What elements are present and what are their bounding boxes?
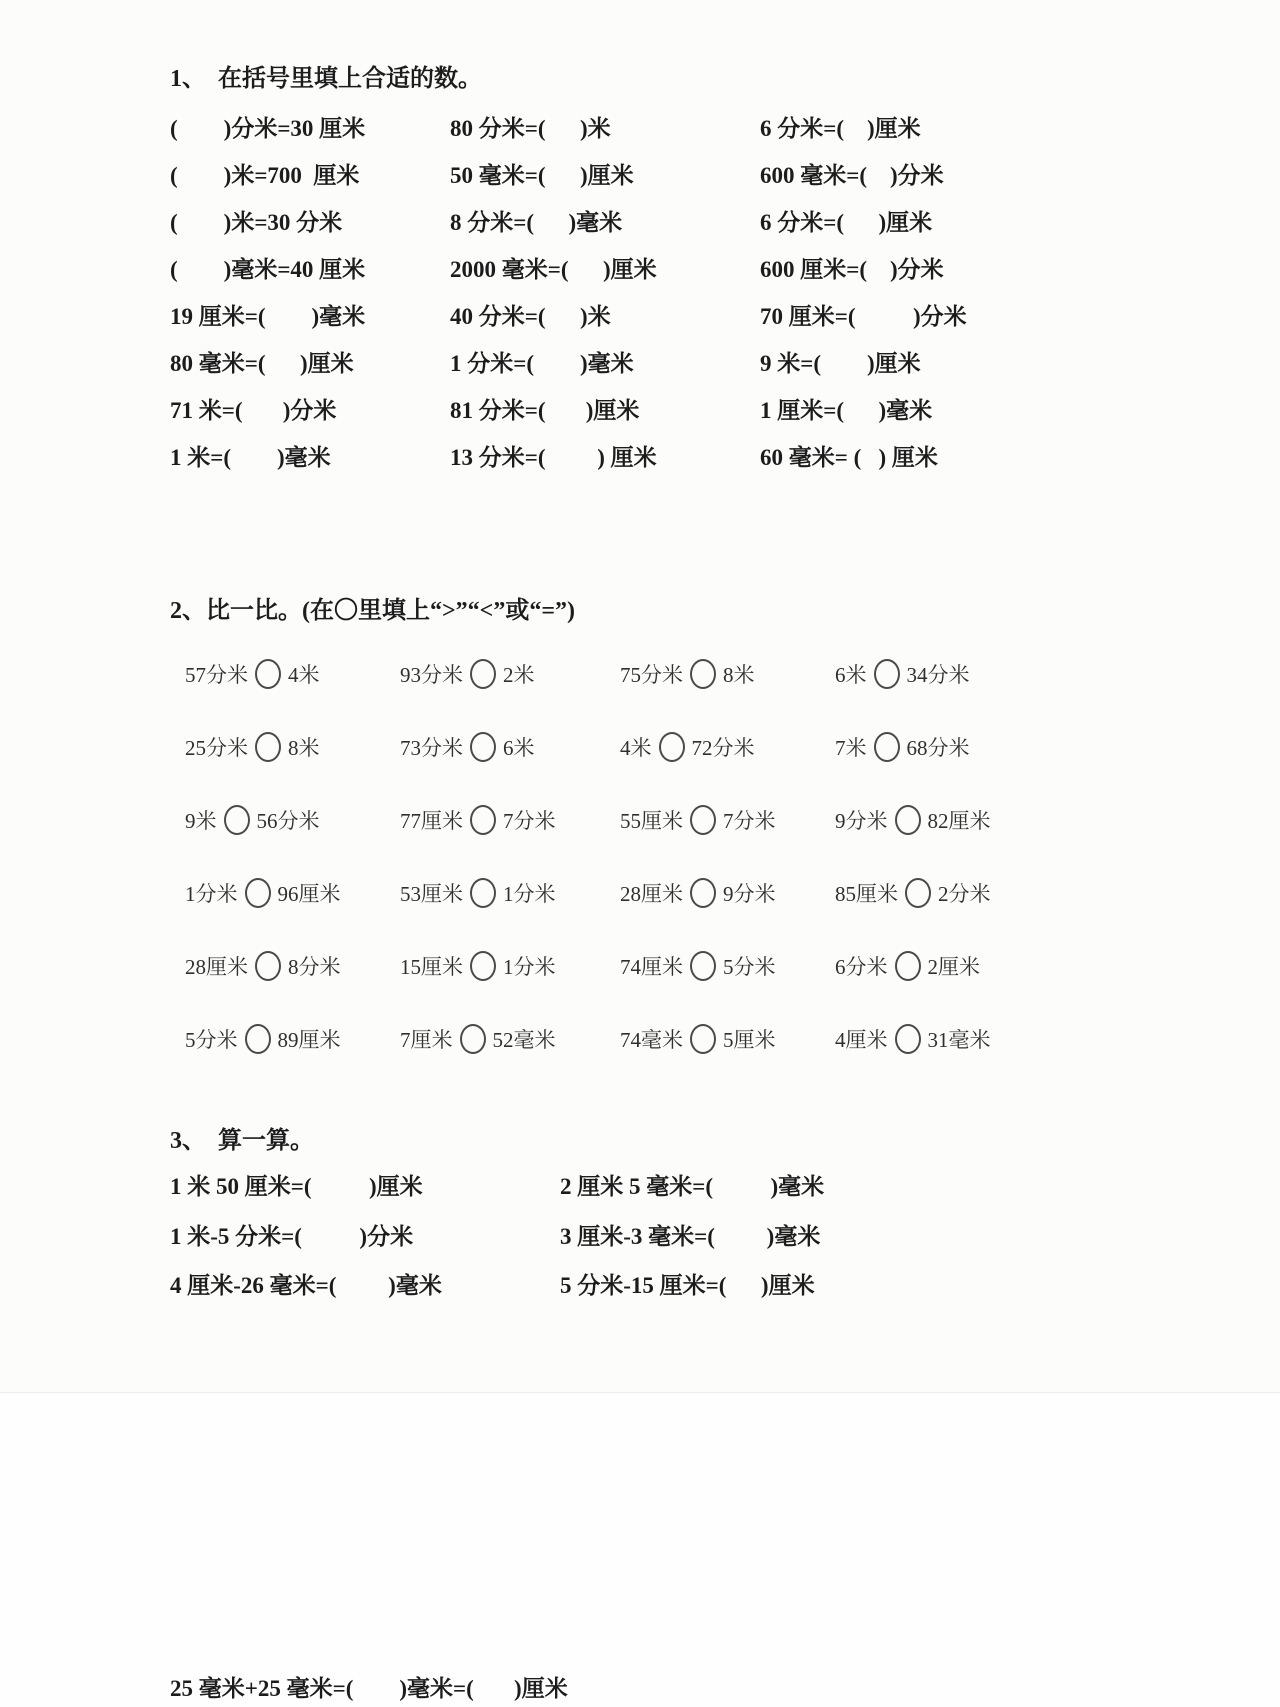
fill-blank-item: 81 分米=( )厘米 <box>450 392 760 425</box>
section-1-items: ( )分米=30 厘米 80 分米=( )米 6 分米=( )厘米 ( )米=7… <box>170 103 1080 479</box>
fill-blank-item: 80 分米=( )米 <box>450 110 760 143</box>
section-3-heading: 3、 算一算。 <box>170 1120 314 1155</box>
comparison-right-value: 8分米 <box>288 955 341 979</box>
fill-blank-item: 50 毫米=( )厘米 <box>450 157 760 190</box>
comparison-left-value: 4厘米 <box>835 1028 888 1052</box>
comparison-left-value: 4米 <box>620 736 652 760</box>
section-3-items: 1 米 50 厘米=( )厘米 2 厘米 5 毫米=( )毫米 1 米-5 分米… <box>170 1160 1000 1309</box>
worksheet-page: 1、 在括号里填上合适的数。 ( )分米=30 厘米 80 分米=( )米 6 … <box>0 0 1280 1707</box>
comparison-item: 74毫米5厘米 <box>620 1024 835 1054</box>
comparison-circle <box>659 732 685 762</box>
comparison-right-value: 89厘米 <box>278 1028 341 1052</box>
comparison-right-value: 9分米 <box>723 882 776 906</box>
comparison-left-value: 85厘米 <box>835 882 898 906</box>
calc-item: 1 米 50 厘米=( )厘米 <box>170 1168 560 1201</box>
comparison-circle <box>690 659 716 689</box>
fill-blank-item: 40 分米=( )米 <box>450 298 760 331</box>
comparison-right-value: 2厘米 <box>928 955 981 979</box>
comparison-circle <box>874 659 900 689</box>
comparison-right-value: 5分米 <box>723 955 776 979</box>
comparison-right-value: 4米 <box>288 663 320 687</box>
comparison-left-value: 9分米 <box>835 809 888 833</box>
comparison-circle <box>255 659 281 689</box>
comparison-circle <box>470 805 496 835</box>
comparison-circle <box>895 805 921 835</box>
calc-item: 4 厘米-26 毫米=( )毫米 <box>170 1267 560 1300</box>
comparison-circle <box>690 805 716 835</box>
fill-blank-item: 1 米=( )毫米 <box>170 439 450 472</box>
comparison-left-value: 7厘米 <box>400 1028 453 1052</box>
comparison-item: 93分米2米 <box>400 659 620 689</box>
fill-blank-item: 6 分米=( )厘米 <box>760 204 1080 237</box>
comparison-item: 25分米8米 <box>185 732 400 762</box>
comparison-left-value: 28厘米 <box>185 955 248 979</box>
comparison-item: 77厘米7分米 <box>400 805 620 835</box>
fill-blank-item: 71 米=( )分米 <box>170 392 450 425</box>
fill-blank-item: ( )分米=30 厘米 <box>170 110 450 143</box>
comparison-left-value: 6分米 <box>835 955 888 979</box>
comparison-circle <box>255 951 281 981</box>
page-divider <box>0 1392 1280 1393</box>
continuation-calc-item: 25 毫米+25 毫米=( )毫米=( )厘米 <box>170 1670 568 1703</box>
comparison-left-value: 5分米 <box>185 1028 238 1052</box>
fill-blank-item: ( )毫米=40 厘米 <box>170 251 450 284</box>
comparison-circle <box>245 1024 271 1054</box>
section-2-items: 57分米4米 93分米2米 75分米8米 6米34分米 25分米8米 73分米6… <box>185 637 1085 1075</box>
comparison-left-value: 93分米 <box>400 663 463 687</box>
comparison-left-value: 75分米 <box>620 663 683 687</box>
comparison-circle <box>690 878 716 908</box>
comparison-item: 7厘米52毫米 <box>400 1024 620 1054</box>
fill-blank-item: 70 厘米=( )分米 <box>760 298 1080 331</box>
comparison-item: 15厘米1分米 <box>400 951 620 981</box>
comparison-circle <box>905 878 931 908</box>
comparison-item: 4厘米31毫米 <box>835 1024 1085 1054</box>
comparison-right-value: 1分米 <box>503 955 556 979</box>
comparison-left-value: 7米 <box>835 736 867 760</box>
comparison-item: 55厘米7分米 <box>620 805 835 835</box>
comparison-right-value: 7分米 <box>503 809 556 833</box>
comparison-circle <box>460 1024 486 1054</box>
comparison-left-value: 57分米 <box>185 663 248 687</box>
comparison-right-value: 82厘米 <box>928 809 991 833</box>
comparison-circle <box>245 878 271 908</box>
comparison-right-value: 8米 <box>288 736 320 760</box>
comparison-circle <box>470 732 496 762</box>
comparison-right-value: 5厘米 <box>723 1028 776 1052</box>
fill-blank-item: 2000 毫米=( )厘米 <box>450 251 760 284</box>
section-1-heading: 1、 在括号里填上合适的数。 <box>170 58 482 93</box>
comparison-circle <box>874 732 900 762</box>
comparison-item: 75分米8米 <box>620 659 835 689</box>
fill-blank-item: 600 毫米=( )分米 <box>760 157 1080 190</box>
fill-blank-item: 60 毫米= ( ) 厘米 <box>760 439 1080 472</box>
comparison-right-value: 96厘米 <box>278 882 341 906</box>
section-2-heading: 2、比一比。(在〇里填上“>”“<”或“=”) <box>170 590 575 625</box>
comparison-left-value: 6米 <box>835 663 867 687</box>
calc-item: 2 厘米 5 毫米=( )毫米 <box>560 1168 1000 1201</box>
comparison-left-value: 74厘米 <box>620 955 683 979</box>
comparison-item: 73分米6米 <box>400 732 620 762</box>
fill-blank-item: 600 厘米=( )分米 <box>760 251 1080 284</box>
comparison-right-value: 68分米 <box>907 736 970 760</box>
comparison-left-value: 9米 <box>185 809 217 833</box>
comparison-left-value: 77厘米 <box>400 809 463 833</box>
comparison-item: 9米56分米 <box>185 805 400 835</box>
fill-blank-item: ( )米=30 分米 <box>170 204 450 237</box>
comparison-item: 57分米4米 <box>185 659 400 689</box>
fill-blank-item: 19 厘米=( )毫米 <box>170 298 450 331</box>
comparison-item: 74厘米5分米 <box>620 951 835 981</box>
comparison-right-value: 8米 <box>723 663 755 687</box>
comparison-right-value: 6米 <box>503 736 535 760</box>
comparison-circle <box>255 732 281 762</box>
comparison-right-value: 1分米 <box>503 882 556 906</box>
comparison-right-value: 72分米 <box>692 736 755 760</box>
comparison-right-value: 56分米 <box>257 809 320 833</box>
fill-blank-item: 13 分米=( ) 厘米 <box>450 439 760 472</box>
comparison-circle <box>895 951 921 981</box>
comparison-circle <box>470 659 496 689</box>
comparison-right-value: 52毫米 <box>493 1028 556 1052</box>
comparison-circle <box>690 1024 716 1054</box>
comparison-left-value: 74毫米 <box>620 1028 683 1052</box>
comparison-right-value: 7分米 <box>723 809 776 833</box>
comparison-item: 6分米2厘米 <box>835 951 1085 981</box>
comparison-right-value: 2米 <box>503 663 535 687</box>
fill-blank-item: ( )米=700 厘米 <box>170 157 450 190</box>
calc-item: 1 米-5 分米=( )分米 <box>170 1218 560 1251</box>
next-page-background <box>0 1393 1280 1707</box>
comparison-circle <box>470 951 496 981</box>
fill-blank-item: 6 分米=( )厘米 <box>760 110 1080 143</box>
comparison-item: 85厘米2分米 <box>835 878 1085 908</box>
comparison-item: 28厘米9分米 <box>620 878 835 908</box>
comparison-item: 53厘米1分米 <box>400 878 620 908</box>
comparison-left-value: 28厘米 <box>620 882 683 906</box>
comparison-circle <box>224 805 250 835</box>
comparison-left-value: 53厘米 <box>400 882 463 906</box>
calc-item: 3 厘米-3 毫米=( )毫米 <box>560 1218 1000 1251</box>
comparison-left-value: 25分米 <box>185 736 248 760</box>
comparison-circle <box>470 878 496 908</box>
comparison-item: 4米72分米 <box>620 732 835 762</box>
comparison-right-value: 31毫米 <box>928 1028 991 1052</box>
comparison-circle <box>895 1024 921 1054</box>
comparison-item: 6米34分米 <box>835 659 1085 689</box>
comparison-circle <box>690 951 716 981</box>
fill-blank-item: 8 分米=( )毫米 <box>450 204 760 237</box>
comparison-item: 28厘米8分米 <box>185 951 400 981</box>
fill-blank-item: 1 厘米=( )毫米 <box>760 392 1080 425</box>
comparison-right-value: 34分米 <box>907 663 970 687</box>
comparison-item: 1分米96厘米 <box>185 878 400 908</box>
calc-item: 5 分米-15 厘米=( )厘米 <box>560 1267 1000 1300</box>
comparison-left-value: 73分米 <box>400 736 463 760</box>
fill-blank-item: 80 毫米=( )厘米 <box>170 345 450 378</box>
comparison-item: 5分米89厘米 <box>185 1024 400 1054</box>
comparison-left-value: 15厘米 <box>400 955 463 979</box>
comparison-left-value: 55厘米 <box>620 809 683 833</box>
comparison-left-value: 1分米 <box>185 882 238 906</box>
comparison-item: 9分米82厘米 <box>835 805 1085 835</box>
comparison-item: 7米68分米 <box>835 732 1085 762</box>
fill-blank-item: 9 米=( )厘米 <box>760 345 1080 378</box>
fill-blank-item: 1 分米=( )毫米 <box>450 345 760 378</box>
comparison-right-value: 2分米 <box>938 882 991 906</box>
